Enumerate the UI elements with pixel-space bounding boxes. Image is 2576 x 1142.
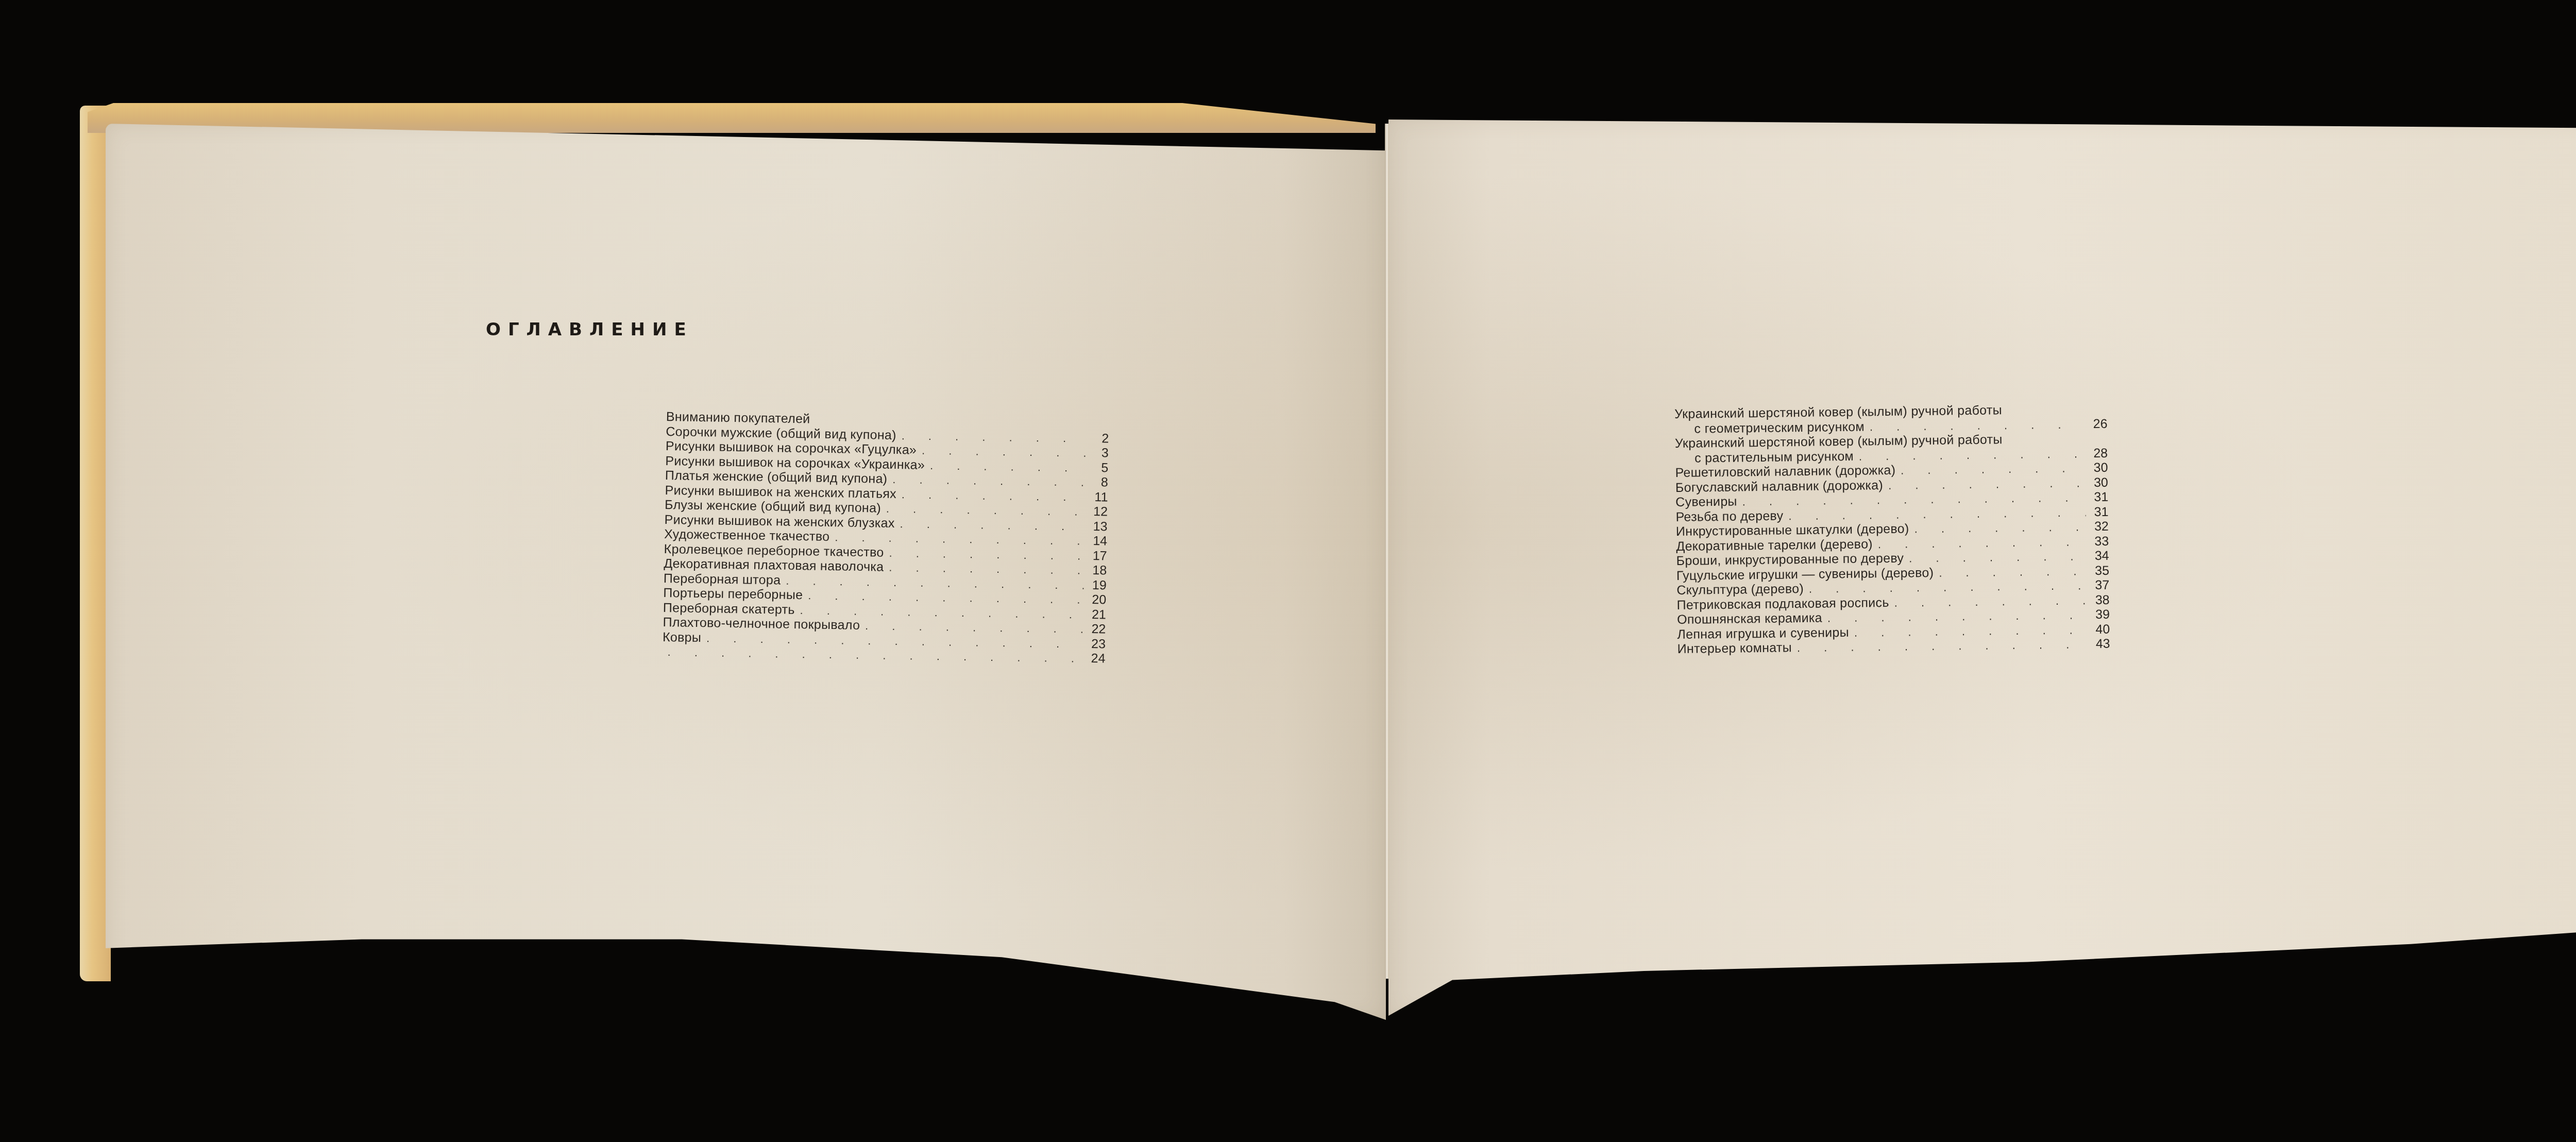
toc-entry-text: Резьба по дереву [1675, 508, 1788, 524]
toc-entry-text: с растительным рисунком [1675, 449, 1859, 466]
leader-dots [1894, 593, 2087, 610]
toc-right-list: Украинский шерстяной ковер (кылым) ручно… [1674, 402, 2110, 657]
toc-entry-page: 33 [2086, 534, 2109, 549]
toc-entry-page: 28 [2085, 446, 2108, 461]
leader-dots [1901, 461, 2086, 478]
leader-dots [1939, 564, 2087, 581]
toc-entry-page: 11 [1085, 489, 1108, 504]
toc-entry-text: Ковры [663, 629, 707, 645]
leader-dots [1909, 549, 2087, 566]
toc-entry-page: 32 [2086, 519, 2109, 534]
toc-entry-page: 13 [1084, 519, 1107, 534]
toc-entry-text: с геометрическим рисунком [1674, 419, 1870, 436]
toc-entry-text: Богуславский налавник (дорожка) [1675, 478, 1888, 495]
toc-entry-page: 39 [2087, 607, 2110, 622]
toc-entry-page: 18 [1084, 563, 1107, 578]
toc-entry-text: Вниманию покупателей [666, 410, 816, 427]
toc-title: ОГЛАВЛЕНИЕ [486, 319, 693, 340]
toc-entry-page: 21 [1083, 607, 1106, 622]
toc-entry-page: 26 [2084, 416, 2107, 431]
toc-entry-text: Переборная штора [664, 571, 786, 587]
toc-entry-page: 38 [2087, 592, 2109, 607]
toc-entry-page: 31 [2086, 490, 2108, 505]
toc-entry-page: 3 [1086, 446, 1109, 461]
open-book: ОГЛАВЛЕНИЕ Вниманию покупателей Сорочки … [0, 0, 2576, 1142]
toc-entry-text: Лепная игрушка и сувениры [1677, 625, 1854, 642]
toc-entry-page [815, 423, 838, 424]
toc-entry-page: 19 [1084, 577, 1107, 592]
leader-dots [1870, 417, 2085, 435]
toc-entry-page: 20 [1083, 592, 1106, 607]
toc-entry-text: Интерьер комнаты [1677, 640, 1798, 656]
book-spine [1385, 124, 1389, 979]
toc-entry-page: 14 [1084, 534, 1107, 549]
toc-entry-page: 43 [2088, 637, 2110, 652]
toc-entry-page: 37 [2087, 578, 2109, 593]
toc-entry-text: Сувениры [1675, 494, 1742, 509]
toc-entry-page: 8 [1086, 475, 1108, 490]
toc-entry-page: 24 [1082, 651, 1105, 666]
leader-dots [1914, 520, 2086, 537]
toc-entry-page: 30 [2086, 475, 2108, 490]
toc-entry-page: 12 [1085, 504, 1108, 519]
toc-entry-page: 40 [2087, 622, 2110, 637]
toc-entry-page: 22 [1083, 622, 1106, 637]
toc-entry-page: 2 [1086, 431, 1109, 446]
toc-entry-page: 17 [1084, 548, 1107, 563]
toc-entry-page: 34 [2086, 549, 2109, 564]
toc-entry-page: 5 [1086, 460, 1108, 475]
toc-entry-text: Петриковская подлаковая роспись [1677, 595, 1894, 612]
toc-entry-text: Скульптура (дерево) [1676, 582, 1809, 598]
toc-entry-page: 23 [1083, 636, 1106, 651]
toc-entry-text: Переборная скатерть [663, 600, 800, 617]
toc-entry-page [2007, 414, 2030, 415]
toc-entry-text: Портьеры переборные [663, 586, 808, 603]
toc-entry-page: 30 [2085, 461, 2108, 475]
toc-entry-page [2008, 444, 2030, 444]
toc-left-list: Вниманию покупателей Сорочки мужские (об… [662, 410, 1109, 666]
toc-entry-text: Опошнянская керамика [1677, 610, 1827, 627]
toc-entry-text: Инкрустированные шкатулки (дерево) [1676, 521, 1914, 539]
toc-entry-page: 31 [2086, 504, 2108, 519]
toc-entry-page: 35 [2087, 563, 2109, 578]
